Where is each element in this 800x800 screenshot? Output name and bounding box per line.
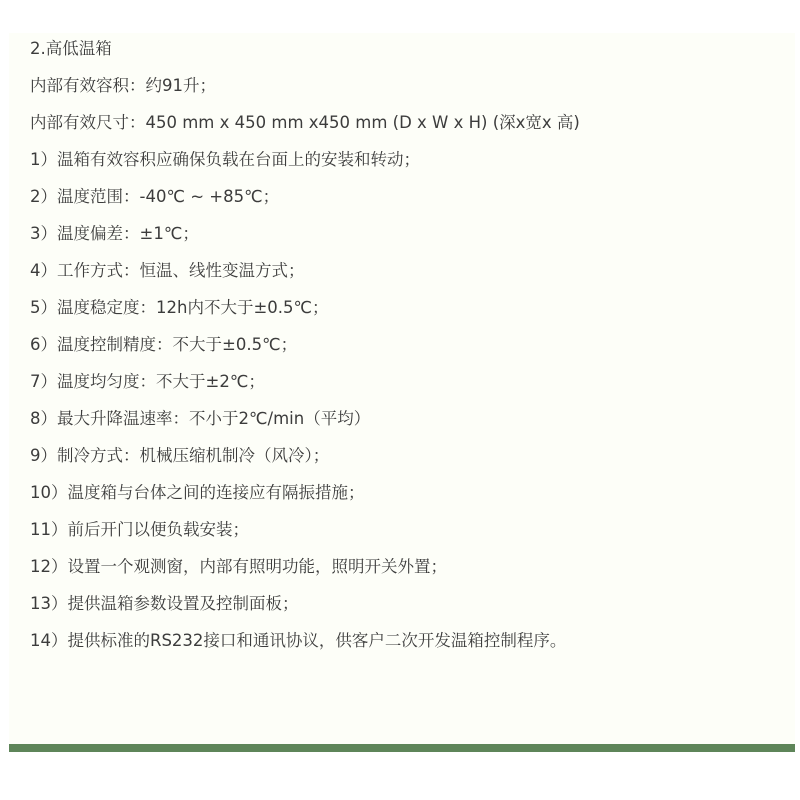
spec-item-2: 2）温度范围：-40℃ ~ +85℃； (30, 186, 790, 223)
spec-item-6: 6）温度控制精度：不大于±0.5℃； (30, 334, 790, 371)
spec-item-9: 9）制冷方式：机械压缩机制冷（风冷）； (30, 445, 790, 482)
divider-bar (9, 744, 795, 752)
section-heading: 2.高低温箱 (30, 38, 790, 75)
spec-item-1: 1）温箱有效容积应确保负载在台面上的安装和转动； (30, 149, 790, 186)
spec-item-8: 8）最大升降温速率：不小于2℃/min（平均） (30, 408, 790, 445)
spec-item-11: 11）前后开门以便负载安装； (30, 519, 790, 556)
spec-item-14: 14）提供标准的RS232接口和通讯协议，供客户二次开发温箱控制程序。 (30, 630, 790, 667)
spec-dimensions: 内部有效尺寸：450 mm x 450 mm x450 mm (D x W x … (30, 112, 790, 149)
page: 2.高低温箱 内部有效容积：约91升； 内部有效尺寸：450 mm x 450 … (0, 0, 800, 800)
spec-document: 2.高低温箱 内部有效容积：约91升； 内部有效尺寸：450 mm x 450 … (30, 38, 790, 667)
spec-item-13: 13）提供温箱参数设置及控制面板； (30, 593, 790, 630)
spec-item-5: 5）温度稳定度：12h内不大于±0.5℃； (30, 297, 790, 334)
spec-item-12: 12）设置一个观测窗，内部有照明功能，照明开关外置； (30, 556, 790, 593)
spec-item-7: 7）温度均匀度：不大于±2℃； (30, 371, 790, 408)
spec-item-3: 3）温度偏差：±1℃； (30, 223, 790, 260)
spec-item-10: 10）温度箱与台体之间的连接应有隔振措施； (30, 482, 790, 519)
spec-item-4: 4）工作方式：恒温、线性变温方式； (30, 260, 790, 297)
spec-volume: 内部有效容积：约91升； (30, 75, 790, 112)
